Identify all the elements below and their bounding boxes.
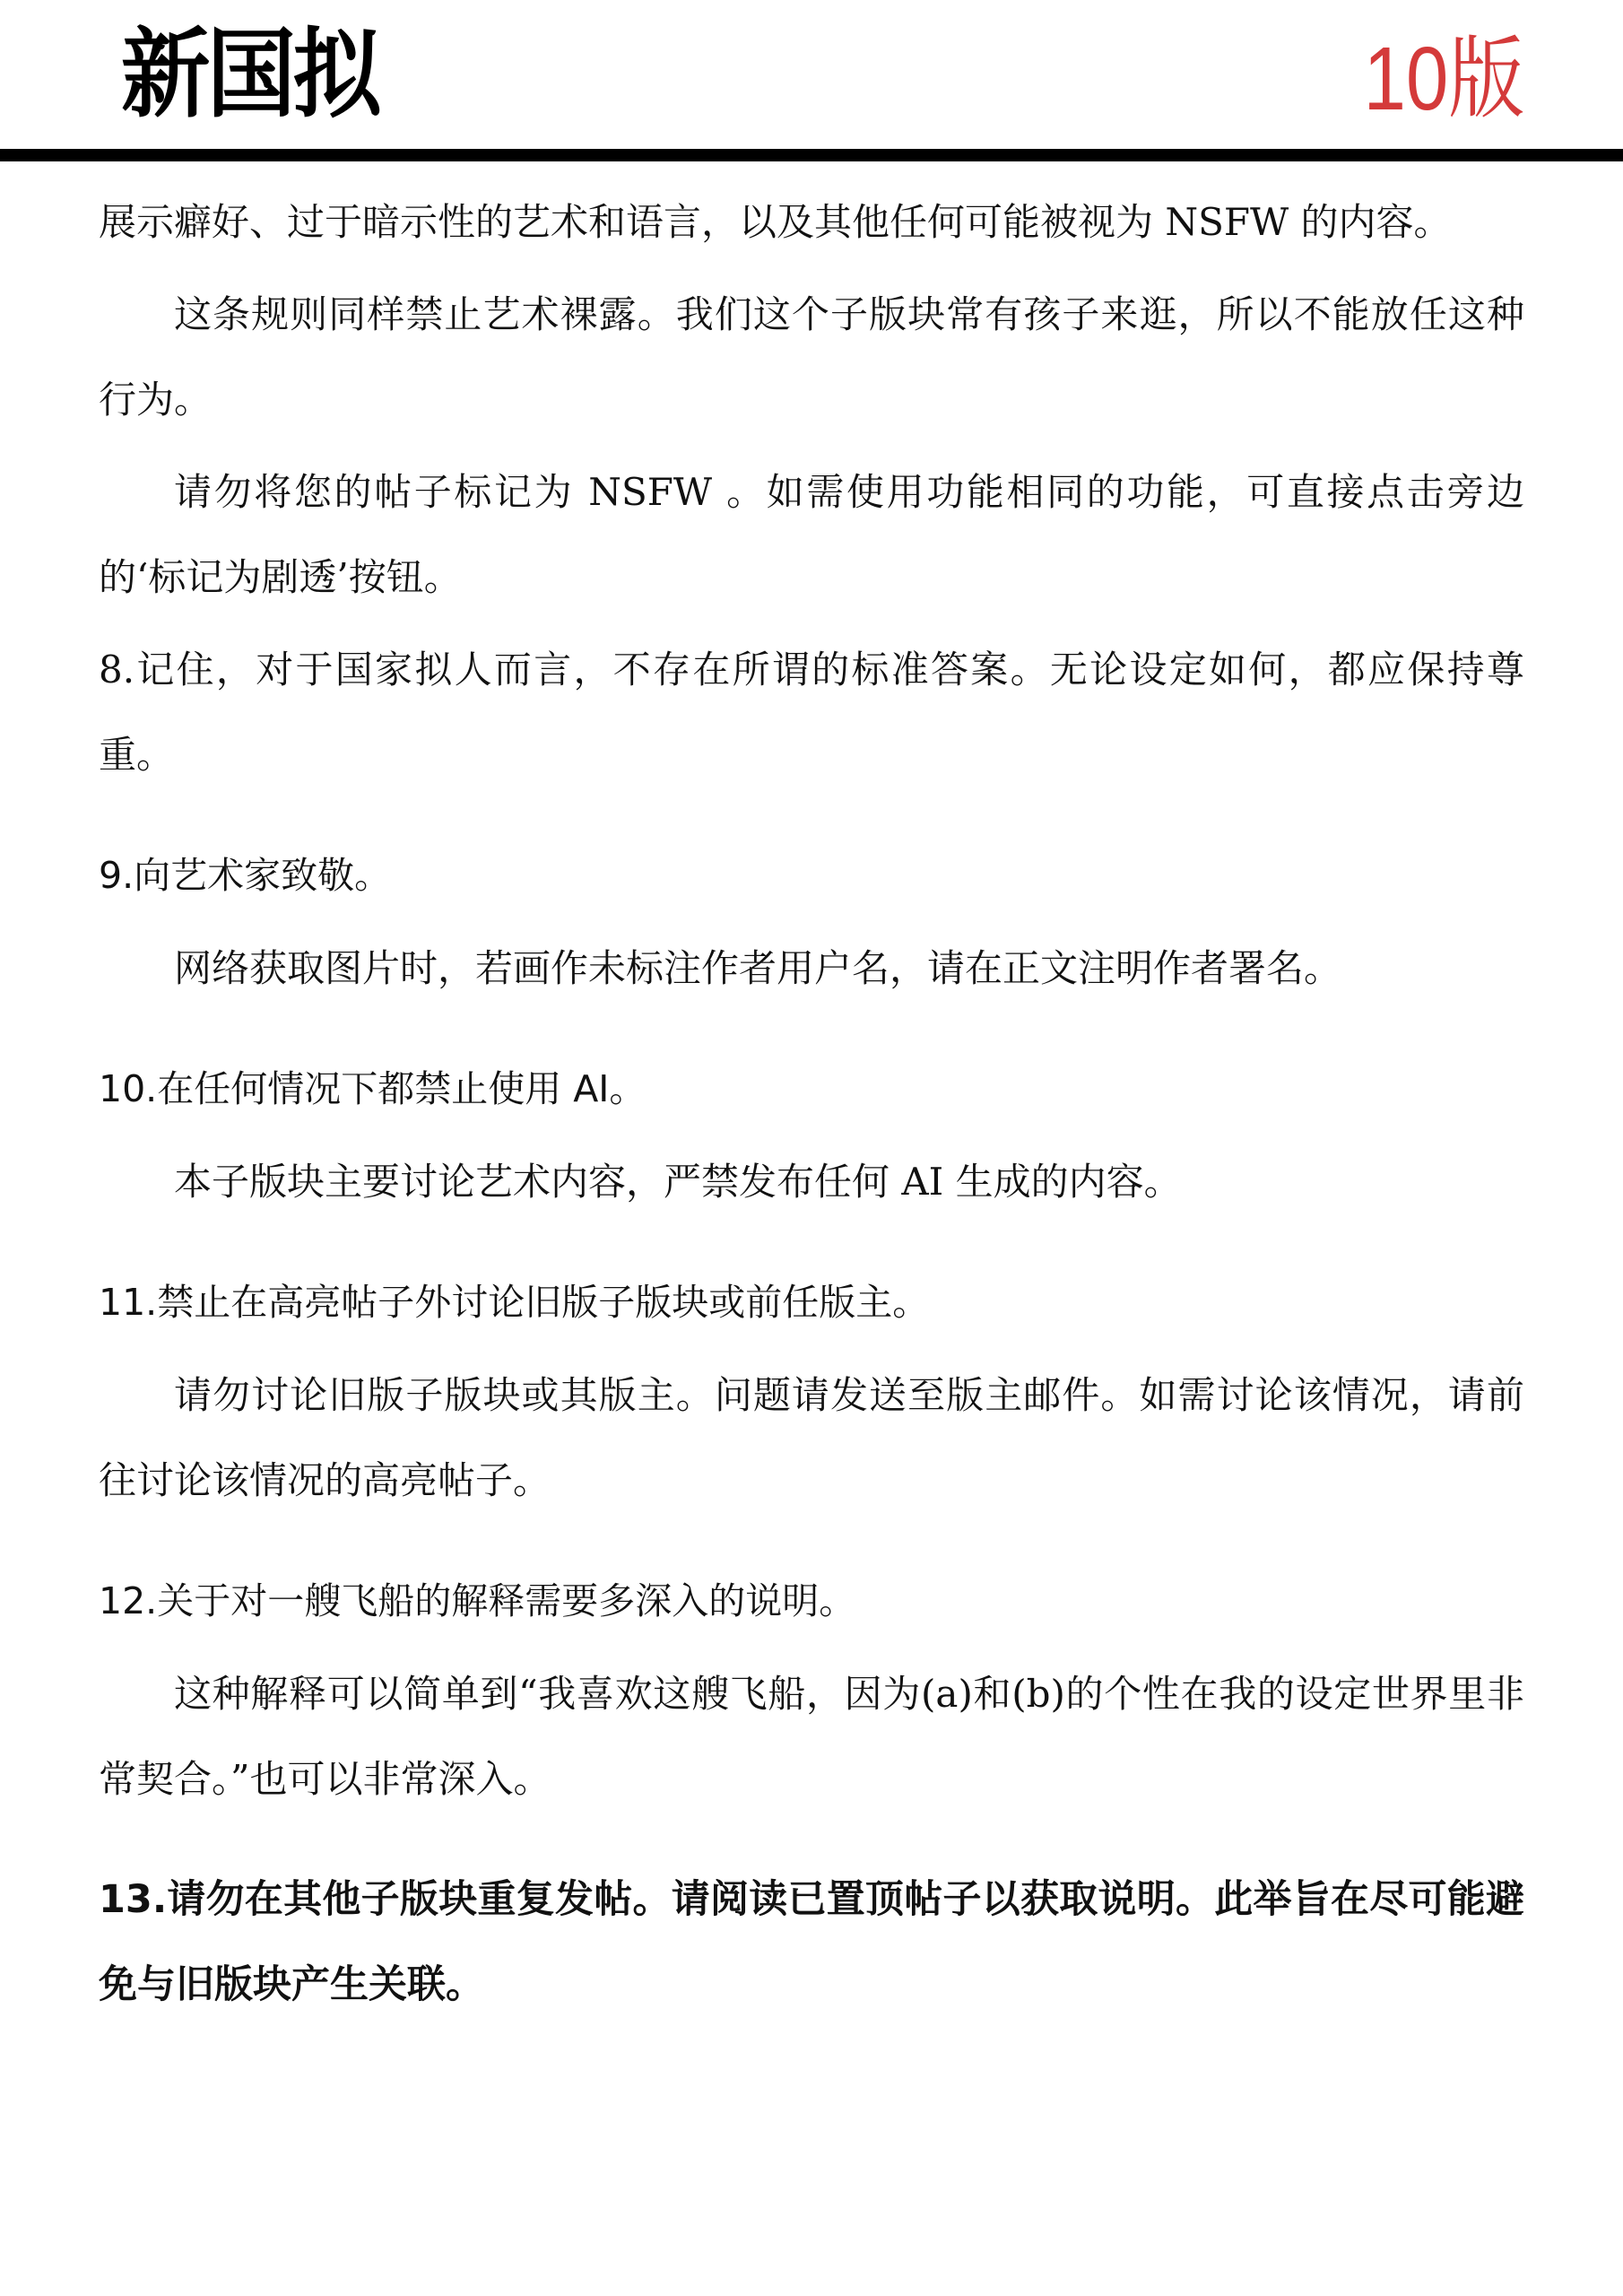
rule-12-heading: 12.关于对一艘飞船的解释需要多深入的说明。	[99, 1559, 1524, 1644]
rule-8: 8.记住，对于国家拟人而言，不存在所谓的标准答案。无论设定如何，都应保持尊重。	[99, 627, 1524, 797]
document-body: 展示癖好、过于暗示性的艺术和语言，以及其他任何可能被视为 NSFW 的内容。 这…	[99, 179, 1524, 2028]
paragraph-nsfw-tag: 请勿将您的帖子标记为 NSFW 。如需使用功能相同的功能，可直接点击旁边的‘标记…	[99, 449, 1524, 620]
rule-13-heading: 13.请勿在其他子版块重复发帖。请阅读已置顶帖子以获取说明。此举旨在尽可能避免与…	[99, 1857, 1524, 2028]
rule-10-text: 本子版块主要讨论艺术内容，严禁发布任何 AI 生成的内容。	[99, 1139, 1524, 1224]
paragraph-nsfw-scope: 展示癖好、过于暗示性的艺术和语言，以及其他任何可能被视为 NSFW 的内容。	[99, 179, 1524, 265]
rule-10-heading: 10.在任何情况下都禁止使用 AI。	[99, 1047, 1524, 1132]
paragraph-nudity: 这条规则同样禁止艺术裸露。我们这个子版块常有孩子来逛，所以不能放任这种行为。	[99, 272, 1524, 442]
page-header: 新国拟 10版	[0, 0, 1623, 152]
header-divider	[0, 149, 1623, 161]
brand-title: 新国拟	[121, 27, 378, 124]
rule-12-text: 这种解释可以简单到“我喜欢这艘飞船，因为(a)和(b)的个性在我的设定世界里非常…	[99, 1651, 1524, 1822]
rule-9-heading: 9.向艺术家致敬。	[99, 833, 1524, 918]
edition-label: 10版	[1363, 34, 1524, 124]
rule-11-text: 请勿讨论旧版子版块或其版主。问题请发送至版主邮件。如需讨论该情况，请前往讨论该情…	[99, 1352, 1524, 1523]
rule-11-heading: 11.禁止在高亮帖子外讨论旧版子版块或前任版主。	[99, 1260, 1524, 1345]
rule-9-text: 网络获取图片时，若画作未标注作者用户名，请在正文注明作者署名。	[99, 926, 1524, 1011]
